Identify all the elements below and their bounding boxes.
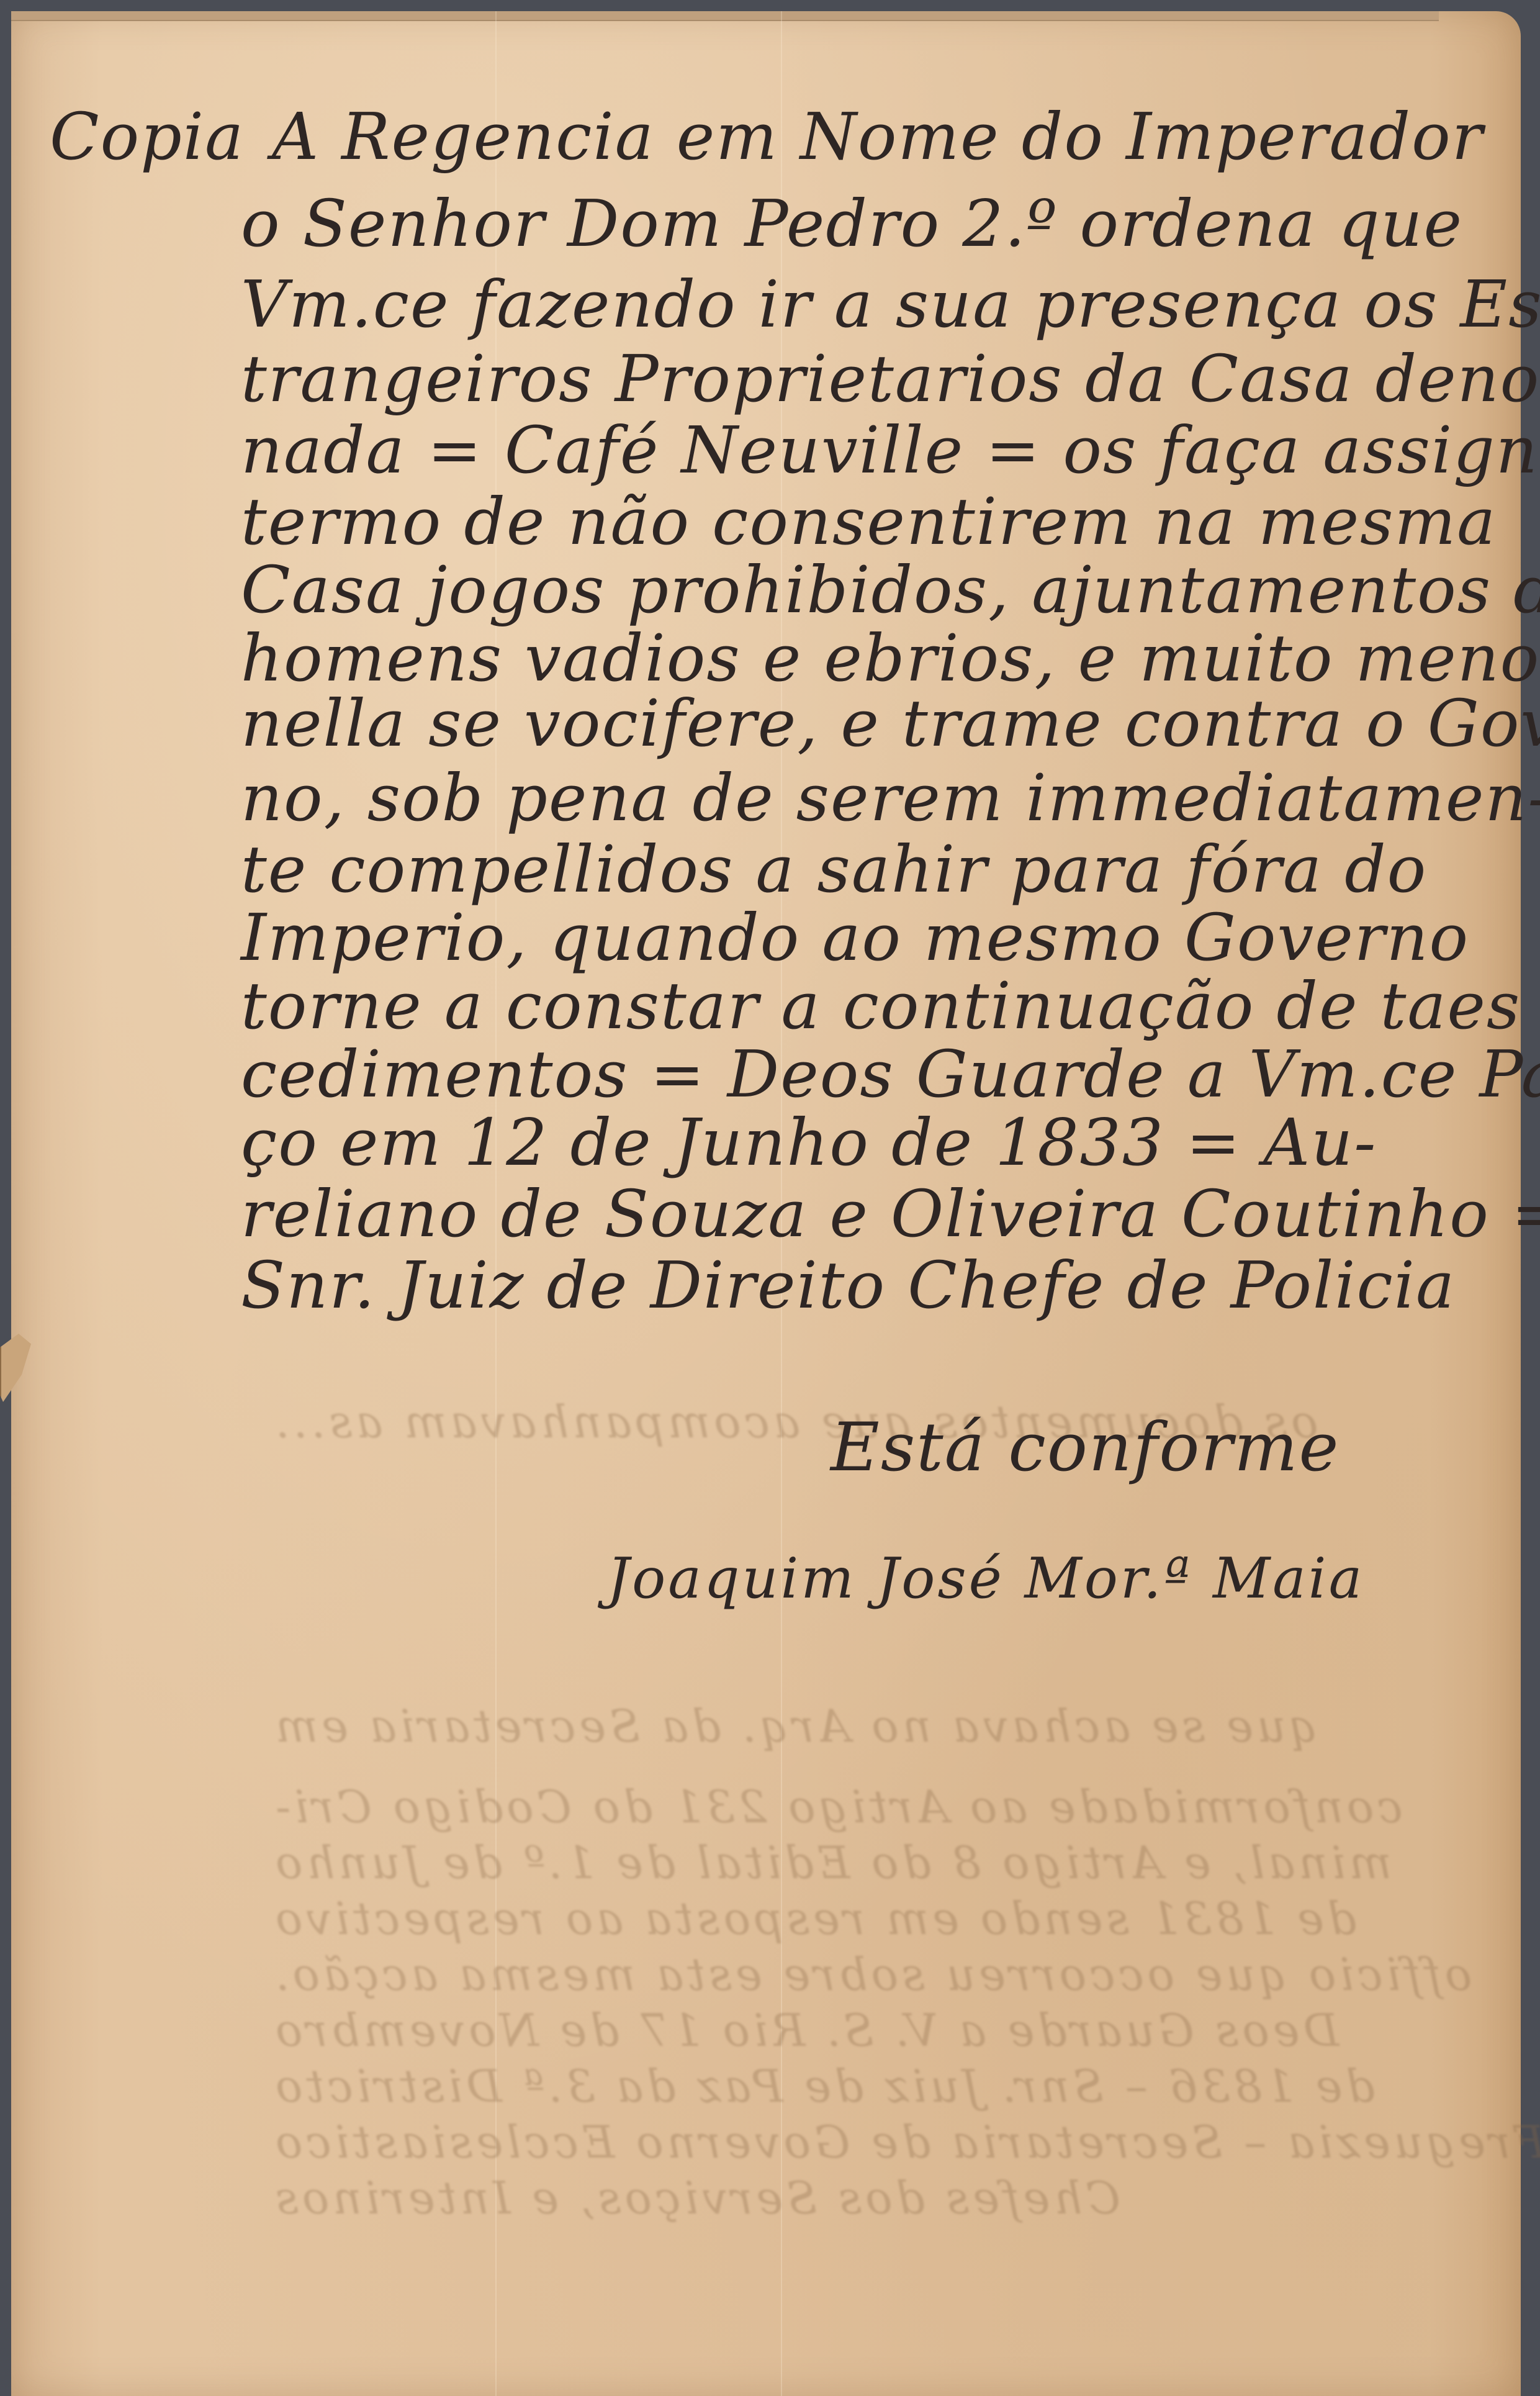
bleed-through-line: de 1836 – Snr. Juiz de Paz da 3.ª Distri… bbox=[272, 2060, 1375, 2112]
text-line: cedimentos = Deos Guarde a Vm.ce Pa- bbox=[241, 1042, 1540, 1106]
text-line: trangeiros Proprietarios da Casa denomi- bbox=[241, 346, 1540, 411]
text-line: ço em 12 de Junho de 1833 = Au- bbox=[241, 1110, 1377, 1175]
text-line: Snr. Juiz de Direito Chefe de Policia bbox=[241, 1253, 1456, 1318]
bleed-through-line: conformidade ao Artigo 231 do Codigo Cri… bbox=[272, 1781, 1403, 1833]
text-line: termo de não consentirem na mesma bbox=[241, 489, 1497, 554]
text-line: Imperio, quando ao mesmo Governo bbox=[241, 905, 1469, 970]
text-line: A Regencia em Nome do Imperador bbox=[272, 104, 1484, 169]
page-top-edge bbox=[11, 11, 1439, 21]
bleed-through-line: minal, e Artigo 8 do Edital de 1.º de Ju… bbox=[272, 1837, 1392, 1889]
bleed-through-line: Deos Guarde a V. S. Rio 17 de Novembro bbox=[272, 2004, 1339, 2056]
bleed-through-line: Chefes dos Serviços, e Interinos bbox=[272, 2172, 1120, 2224]
bleed-through-line: que se achava no Arq. da Secretaria em bbox=[272, 1700, 1318, 1752]
text-line: torne a constar a continuação de taes pr… bbox=[241, 974, 1540, 1038]
bleed-through-line: da Freguezia – Secretaria de Governo Ecc… bbox=[272, 2116, 1540, 2168]
bleed-through-line: officio que occorreu sobre esta mesma ac… bbox=[272, 1948, 1472, 2000]
manuscript-page: os documentos que acompanhavam as... que… bbox=[11, 11, 1521, 2396]
text-line: o Senhor Dom Pedro 2.º ordena que bbox=[241, 191, 1463, 256]
text-line: nada = Café Neuville = os faça assignar bbox=[241, 418, 1540, 482]
signature: Joaquim José Mor.ª Maia bbox=[607, 1551, 1364, 1607]
text-line: Casa jogos prohibidos, ajuntamentos de bbox=[241, 558, 1540, 622]
text-line: Vm.ce fazendo ir a sua presença os Es- bbox=[241, 272, 1540, 337]
text-line: te compellidos a sahir para fóra do bbox=[241, 837, 1427, 902]
text-line: no, sob pena de serem immediatamen- bbox=[241, 766, 1540, 830]
text-line: reliano de Souza e Oliveira Coutinho = bbox=[241, 1182, 1540, 1246]
torn-paper-fragment bbox=[0, 1334, 31, 1402]
attestation-closing: Está conforme bbox=[831, 1414, 1340, 1481]
text-line: homens vadios e ebrios, e muito menos qu… bbox=[241, 626, 1540, 690]
bleed-through-line: de 1831 sendo em resposta ao respectivo bbox=[272, 1892, 1356, 1945]
copy-label: Copia bbox=[50, 104, 245, 169]
text-line: nella se vocifere, e trame contra o Gove… bbox=[241, 691, 1540, 756]
